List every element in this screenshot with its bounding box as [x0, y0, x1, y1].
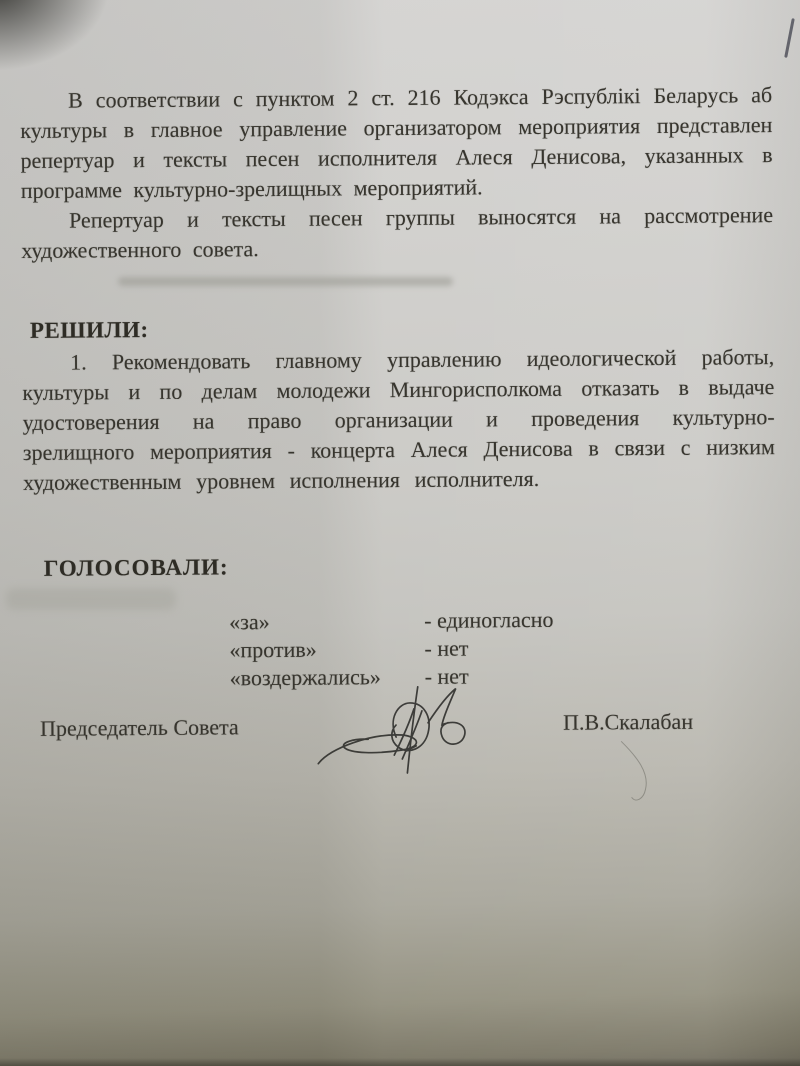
- hair-strand: [607, 739, 678, 810]
- decided-heading: РЕШИЛИ:: [30, 310, 774, 346]
- signer-name: П.В.Скалабан: [563, 707, 693, 738]
- votes-list: «за» - единогласно «против» - нет «возде…: [229, 604, 777, 692]
- signer-role: Председатель Совета: [40, 712, 239, 744]
- paragraph-repertoire: Репертуар и тексты песен группы выносятс…: [21, 200, 773, 266]
- vote-row-protiv: «против» - нет: [229, 632, 776, 664]
- vote-result: - единогласно: [424, 606, 553, 635]
- voted-heading: ГОЛОСОВАЛИ:: [44, 548, 776, 584]
- document-text: В соответствии с пунктом 2 ст. 216 Кодэк…: [20, 80, 778, 818]
- signature-block: Председатель Совета: [25, 702, 778, 818]
- paragraph-intro: В соответствии с пунктом 2 ст. 216 Кодэк…: [20, 80, 773, 206]
- handwritten-signature-icon: [310, 680, 481, 781]
- vote-row-za: «за» - единогласно: [229, 604, 776, 636]
- document-photo: В соответствии с пунктом 2 ст. 216 Кодэк…: [0, 0, 800, 1066]
- pen-slash-mark: [784, 18, 794, 58]
- vote-result: - нет: [424, 634, 468, 662]
- decision-item: 1. Рекомендовать главному управлению иде…: [22, 342, 775, 498]
- vote-option: «за»: [229, 607, 424, 637]
- paper-bottom-shadow: [0, 1058, 800, 1066]
- vote-option: «против»: [229, 635, 424, 665]
- corner-shadow: [0, 0, 114, 74]
